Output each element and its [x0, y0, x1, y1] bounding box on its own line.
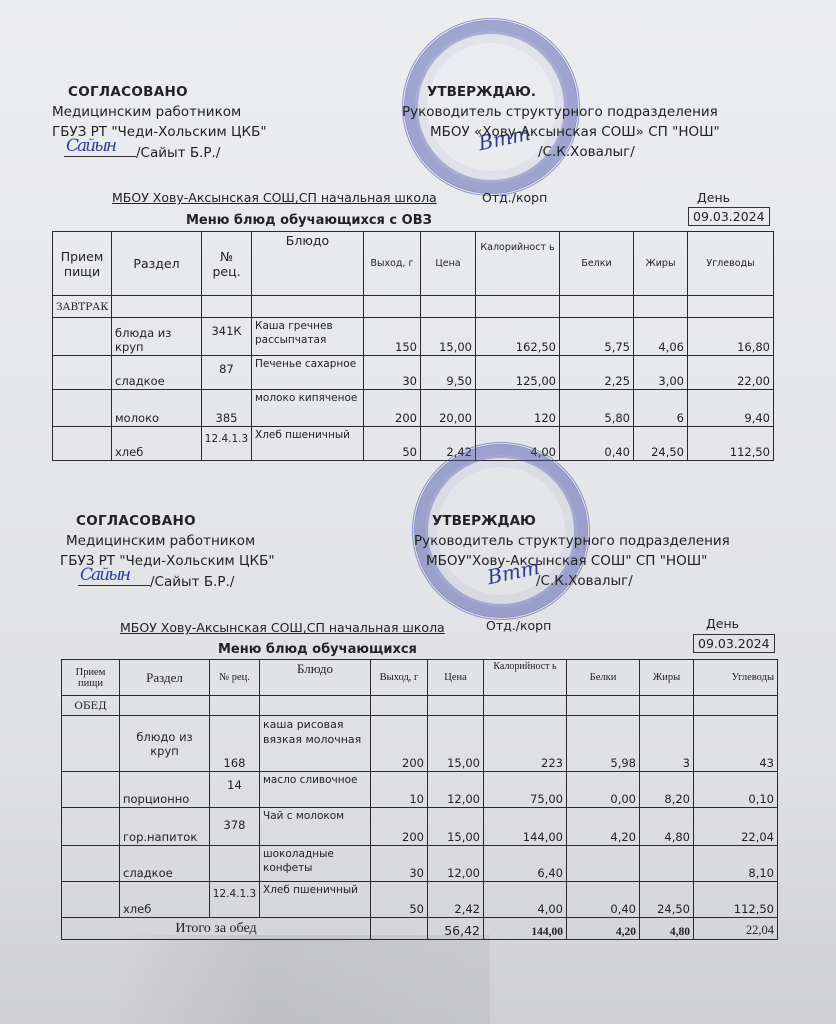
- table-row: молоко 385 молоко кипяченое 200 20,00 12…: [53, 390, 774, 427]
- approve-title: УТВЕРЖДАЮ: [414, 511, 730, 531]
- row-recipe: 378: [210, 808, 260, 846]
- row-carbs: 22,00: [688, 356, 774, 390]
- row-carbs: 43: [694, 716, 778, 772]
- total-fats: 4,80: [640, 918, 694, 940]
- row-price: 15,00: [421, 318, 476, 356]
- col-recipe: № рец.: [210, 660, 260, 696]
- row-carbs: 9,40: [688, 390, 774, 427]
- row-dish: масло сливочное: [260, 772, 371, 808]
- row-section: молоко: [112, 390, 202, 427]
- col-yield: Выход, г: [364, 232, 421, 296]
- row-fats: 3: [640, 716, 694, 772]
- total-calories: 144,00: [484, 918, 567, 940]
- row-carbs: 22,04: [694, 808, 778, 846]
- row-section: сладкое: [112, 356, 202, 390]
- signature-line: Сайын: [64, 142, 136, 157]
- row-dish: Чай с молоком: [260, 808, 371, 846]
- row-recipe: 385: [202, 390, 252, 427]
- col-meal: Прием пищи: [53, 232, 112, 296]
- row-calories: 125,00: [476, 356, 560, 390]
- row-calories: 6,40: [484, 846, 567, 882]
- menu-date: 09.03.2024: [688, 207, 770, 226]
- department-label: Отд./корп: [482, 190, 547, 205]
- director-organization: МБОУ «Хову-Аксынская СОШ» СП "НОШ": [402, 122, 720, 142]
- signature: Сайын: [80, 565, 129, 585]
- row-proteins: [567, 846, 640, 882]
- row-yield: 50: [371, 882, 428, 918]
- total-carbs: 22,04: [694, 918, 778, 940]
- row-dish: Каша гречнев рассыпчатая: [252, 318, 364, 356]
- row-calories: 4,00: [484, 882, 567, 918]
- row-proteins: 5,75: [560, 318, 634, 356]
- row-calories: 162,50: [476, 318, 560, 356]
- row-recipe: 12.4.1.3: [210, 882, 260, 918]
- row-fats: 3,00: [634, 356, 688, 390]
- row-recipe: 168: [210, 716, 260, 772]
- row-carbs: 112,50: [694, 882, 778, 918]
- table-header-row: Прием пищи Раздел № рец. Блюдо Выход, г …: [53, 232, 774, 296]
- signature-line: Сайын: [78, 571, 150, 586]
- director-name: /С.К.Ховалыг/: [414, 571, 730, 591]
- col-recipe: № рец.: [202, 232, 252, 296]
- day-label: День: [706, 616, 739, 631]
- col-carbs: Углеводы: [694, 660, 778, 696]
- table-row: сладкое 87 Печенье сахарное 30 9,50 125,…: [53, 356, 774, 390]
- row-calories: 223: [484, 716, 567, 772]
- day-label: День: [697, 190, 730, 205]
- row-carbs: 8,10: [694, 846, 778, 882]
- row-proteins: 0,40: [560, 427, 634, 461]
- department-label: Отд./корп: [486, 618, 551, 633]
- row-carbs: 0,10: [694, 772, 778, 808]
- menu-title: Меню блюд обучающихся с ОВЗ: [186, 213, 432, 228]
- signature: Сайын: [66, 136, 115, 156]
- col-dish: Блюдо: [260, 660, 371, 696]
- row-fats: 24,50: [634, 427, 688, 461]
- row-yield: 200: [364, 390, 421, 427]
- table-row: блюдо из круп 168 каша рисовая вязкая мо…: [62, 716, 778, 772]
- approval-block-right-1: УТВЕРЖДАЮ. Руководитель структурного под…: [402, 82, 720, 162]
- row-proteins: 4,20: [567, 808, 640, 846]
- organization-line-1: МБОУ Хову-Аксынская СОШ,СП начальная шко…: [112, 190, 437, 205]
- approved-title: СОГЛАСОВАНО: [60, 511, 275, 531]
- menu-title: Меню блюд обучающихся: [218, 642, 417, 657]
- row-section: сладкое: [120, 846, 210, 882]
- row-fats: 6: [634, 390, 688, 427]
- col-calories: Калорийност ь: [484, 660, 567, 696]
- row-section: хлеб: [120, 882, 210, 918]
- row-dish: шоколадные конфеты: [260, 846, 371, 882]
- col-dish: Блюдо: [252, 232, 364, 296]
- director-organization: МБОУ"Хову-Аксынская СОШ" СП "НОШ": [414, 551, 730, 571]
- row-fats: 4,80: [640, 808, 694, 846]
- row-recipe: [210, 846, 260, 882]
- approval-block-right-2: УТВЕРЖДАЮ Руководитель структурного подр…: [414, 511, 730, 591]
- row-carbs: 16,80: [688, 318, 774, 356]
- col-section: Раздел: [112, 232, 202, 296]
- row-fats: 4,06: [634, 318, 688, 356]
- table-row: сладкое шоколадные конфеты 30 12,00 6,40…: [62, 846, 778, 882]
- table-row: блюда из круп 341К Каша гречнев рассыпча…: [53, 318, 774, 356]
- row-calories: 144,00: [484, 808, 567, 846]
- photo-shadow: [110, 935, 490, 1024]
- row-price: 15,00: [428, 716, 484, 772]
- signer-name: /Сайыт Б.Р./: [150, 574, 234, 590]
- col-carbs: Углеводы: [688, 232, 774, 296]
- row-fats: 8,20: [640, 772, 694, 808]
- organization-line-2: МБОУ Хову-Аксынская СОШ,СП начальная шко…: [120, 620, 445, 635]
- col-section: Раздел: [120, 660, 210, 696]
- row-yield: 30: [364, 356, 421, 390]
- table-row: гор.напиток 378 Чай с молоком 200 15,00 …: [62, 808, 778, 846]
- row-calories: 120: [476, 390, 560, 427]
- row-dish: молоко кипяченое: [252, 390, 364, 427]
- row-section: блюда из круп: [112, 318, 202, 356]
- menu-table-lunch: Прием пищи Раздел № рец. Блюдо Выход, г …: [61, 659, 778, 940]
- total-price: 56,42: [428, 918, 484, 940]
- row-calories: 75,00: [484, 772, 567, 808]
- row-carbs: 112,50: [688, 427, 774, 461]
- total-label: Итого за обед: [62, 918, 371, 940]
- meal-name: ОБЕД: [62, 696, 120, 716]
- total-row: Итого за обед 56,42 144,00 4,20 4,80 22,…: [62, 918, 778, 940]
- row-dish: Хлеб пшеничный: [260, 882, 371, 918]
- row-section: блюдо из круп: [120, 716, 210, 772]
- meal-row: ЗАВТРАК: [53, 296, 774, 318]
- row-dish: каша рисовая вязкая молочная: [260, 716, 371, 772]
- total-proteins: 4,20: [567, 918, 640, 940]
- table-row: хлеб 12.4.1.3 Хлеб пшеничный 50 2,42 4,0…: [62, 882, 778, 918]
- organization-name: МБОУ Хову-Аксынская СОШ,СП начальная шко…: [112, 190, 437, 205]
- row-price: 20,00: [421, 390, 476, 427]
- col-meal: Прием пищи: [62, 660, 120, 696]
- table-row: порционно 14 масло сливочное 10 12,00 75…: [62, 772, 778, 808]
- row-fats: 24,50: [640, 882, 694, 918]
- table-header-row: Прием пищи Раздел № рец. Блюдо Выход, г …: [62, 660, 778, 696]
- row-section: хлеб: [112, 427, 202, 461]
- total-yield: [371, 918, 428, 940]
- approver-position: Медицинским работником: [60, 531, 275, 551]
- approved-title: СОГЛАСОВАНО: [52, 82, 267, 102]
- col-price: Цена: [421, 232, 476, 296]
- col-fats: Жиры: [640, 660, 694, 696]
- row-price: 9,50: [421, 356, 476, 390]
- director-position: Руководитель структурного подразделения: [414, 531, 730, 551]
- row-yield: 10: [371, 772, 428, 808]
- row-fats: [640, 846, 694, 882]
- row-recipe: 14: [210, 772, 260, 808]
- row-price: 15,00: [428, 808, 484, 846]
- col-proteins: Белки: [560, 232, 634, 296]
- approval-block-left-2: СОГЛАСОВАНО Медицинским работником ГБУЗ …: [60, 511, 275, 592]
- row-yield: 200: [371, 808, 428, 846]
- row-recipe: 12.4.1.3: [202, 427, 252, 461]
- meal-name: ЗАВТРАК: [53, 296, 112, 318]
- col-price: Цена: [428, 660, 484, 696]
- row-recipe: 87: [202, 356, 252, 390]
- organization-name: МБОУ Хову-Аксынская СОШ,СП начальная шко…: [120, 620, 445, 635]
- approver-position: Медицинским работником: [52, 102, 267, 122]
- row-proteins: 0,40: [567, 882, 640, 918]
- col-proteins: Белки: [567, 660, 640, 696]
- row-yield: 50: [364, 427, 421, 461]
- row-proteins: 5,98: [567, 716, 640, 772]
- row-section: гор.напиток: [120, 808, 210, 846]
- table-row: хлеб 12.4.1.3 Хлеб пшеничный 50 2,42 4,0…: [53, 427, 774, 461]
- menu-date: 09.03.2024: [693, 634, 775, 653]
- row-proteins: 2,25: [560, 356, 634, 390]
- director-position: Руководитель структурного подразделения: [402, 102, 720, 122]
- row-section: порционно: [120, 772, 210, 808]
- row-recipe: 341К: [202, 318, 252, 356]
- meal-row: ОБЕД: [62, 696, 778, 716]
- row-yield: 150: [364, 318, 421, 356]
- col-fats: Жиры: [634, 232, 688, 296]
- menu-table-breakfast: Прием пищи Раздел № рец. Блюдо Выход, г …: [52, 231, 774, 461]
- row-dish: Печенье сахарное: [252, 356, 364, 390]
- row-yield: 30: [371, 846, 428, 882]
- approve-title: УТВЕРЖДАЮ.: [402, 82, 720, 102]
- row-yield: 200: [371, 716, 428, 772]
- row-proteins: 5,80: [560, 390, 634, 427]
- row-dish: Хлеб пшеничный: [252, 427, 364, 461]
- director-name: /С.К.Ховалыг/: [402, 142, 720, 162]
- signer-name: /Сайыт Б.Р./: [136, 145, 220, 161]
- col-calories: Калорийност ь: [476, 232, 560, 296]
- row-price: 2,42: [428, 882, 484, 918]
- col-yield: Выход, г: [371, 660, 428, 696]
- row-proteins: 0,00: [567, 772, 640, 808]
- approval-block-left-1: СОГЛАСОВАНО Медицинским работником ГБУЗ …: [52, 82, 267, 163]
- row-price: 12,00: [428, 846, 484, 882]
- row-price: 12,00: [428, 772, 484, 808]
